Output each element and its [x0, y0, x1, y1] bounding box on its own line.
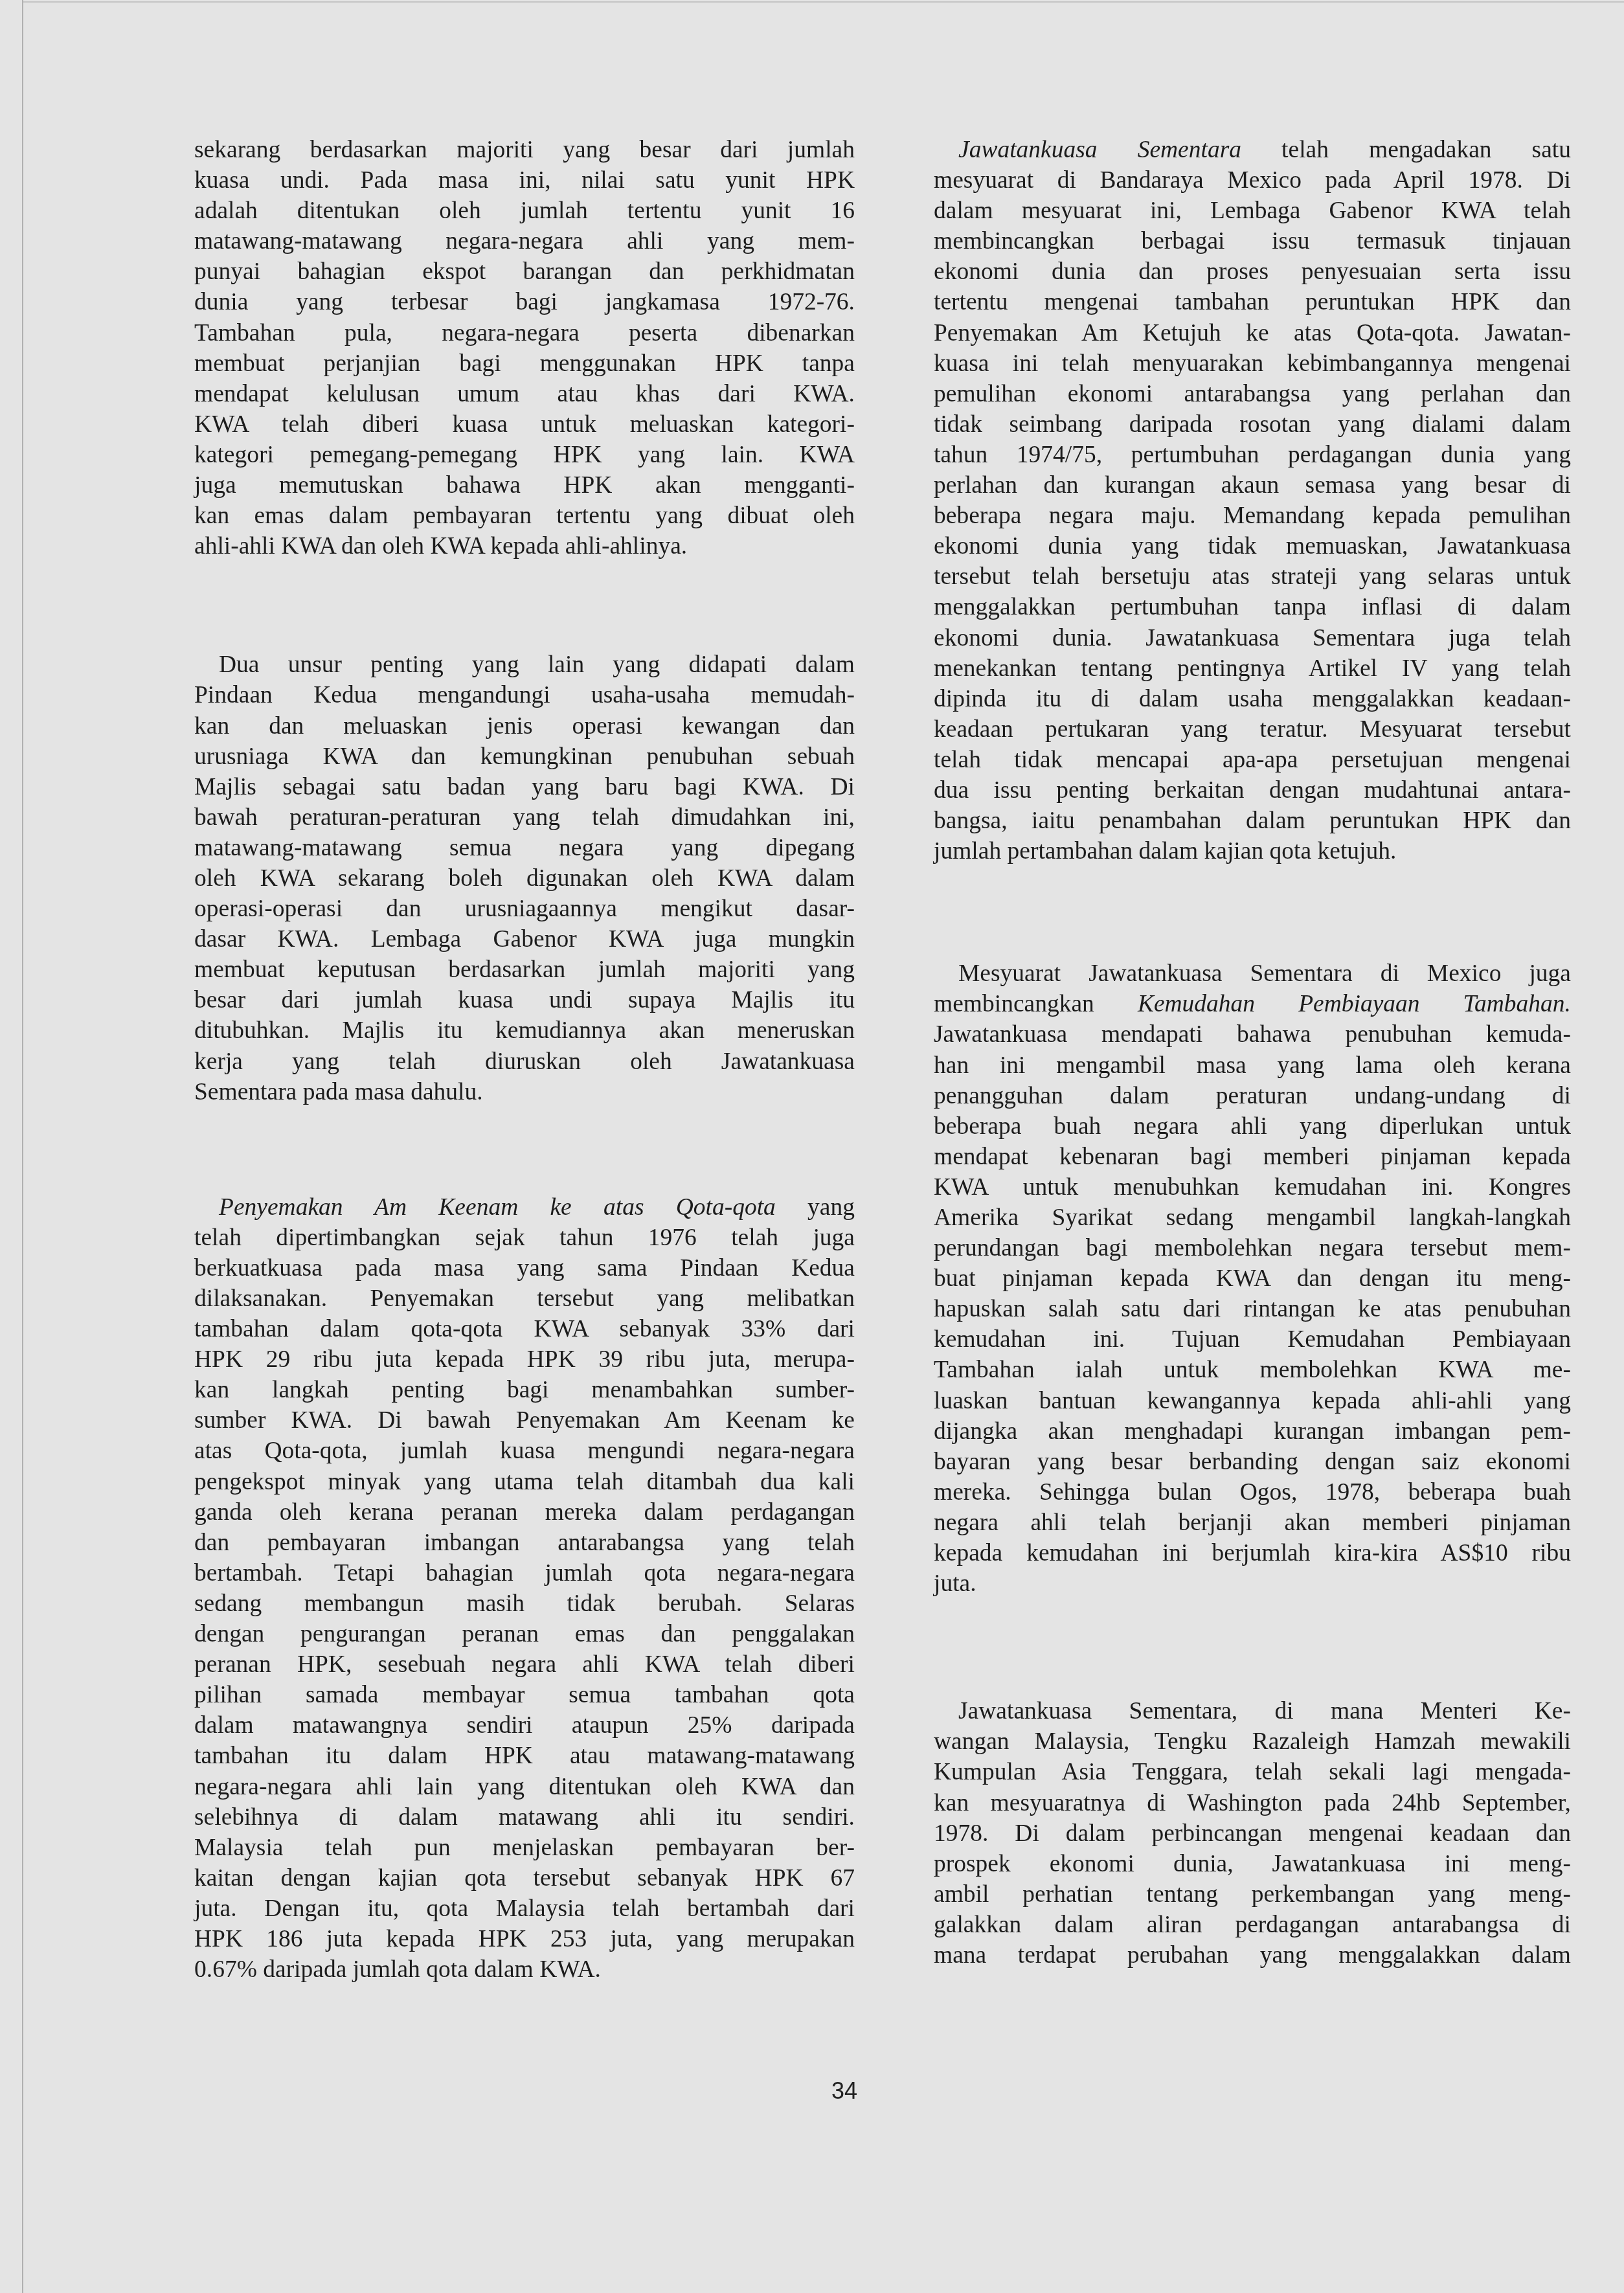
text-line: han ini mengambil masa yang lama oleh ke…	[934, 1050, 1571, 1081]
text-line: mereka. Sehingga bulan Ogos, 1978, beber…	[934, 1477, 1571, 1508]
italic-term-interim-committee: Jawatankuasa Sementara	[958, 137, 1241, 163]
paragraph-sdr-definition: sekarang berdasarkan majoriti yang besar…	[194, 135, 855, 561]
text-line: kemudahan ini. Tujuan Kemudahan Pembiaya…	[934, 1324, 1571, 1355]
text-line: bawah peraturan-peraturan yang telah dim…	[194, 802, 855, 833]
text-line: Jawatankuasa mendapati bahawa penubuhan …	[934, 1019, 1571, 1050]
text-line: Kumpulan Asia Tenggara, telah sekali lag…	[934, 1757, 1571, 1787]
text-line: mana terdapat perubahan yang menggalakka…	[934, 1940, 1571, 1971]
text-line: mendapat kelulusan umum atau khas dari K…	[194, 379, 855, 409]
text-line: menekankan tentang pentingnya Artikel IV…	[934, 653, 1571, 684]
text-line: dilaksanakan. Penyemakan tersebut yang m…	[194, 1283, 855, 1314]
text-line: telah dipertimbangkan sejak tahun 1976 t…	[194, 1223, 855, 1253]
text-line: kuasa undi. Pada masa ini, nilai satu yu…	[194, 165, 855, 196]
text-line: dasar KWA. Lembaga Gabenor KWA juga mung…	[194, 924, 855, 954]
text-line: Sementara pada masa dahulu.	[194, 1077, 855, 1107]
text-line: tersebut telah bersetuju atas strateji y…	[934, 561, 1571, 592]
paragraph-sixth-quota-review: Penyemakan Am Keenam ke atas Qota-qota y…	[194, 1192, 855, 1985]
left-column: sekarang berdasarkan majoriti yang besar…	[194, 135, 855, 1985]
text-line: kerja yang telah diuruskan oleh Jawatank…	[194, 1046, 855, 1077]
paragraph-gap	[934, 1599, 1571, 1696]
text-line: Penyemakan Am Ketujuh ke atas Qota-qota.…	[934, 318, 1571, 348]
text-line: mesyuarat di Bandaraya Mexico pada April…	[934, 165, 1571, 196]
text-line: adalah ditentukan oleh jumlah tertentu y…	[194, 196, 855, 226]
text-line: kepada kemudahan ini berjumlah kira-kira…	[934, 1538, 1571, 1568]
text-line: dalam matawangnya sendiri ataupun 25% da…	[194, 1710, 855, 1741]
text-line: urusniaga KWA dan kemungkinan penubuhan …	[194, 741, 855, 772]
page-number: 34	[812, 2077, 877, 2105]
text-line: operasi-operasi dan urusniagaannya mengi…	[194, 894, 855, 924]
text-line: Amerika Syarikat sedang mengambil langka…	[934, 1203, 1571, 1233]
text-line: Majlis sebagai satu badan yang baru bagi…	[194, 772, 855, 802]
text-line: ahli-ahli KWA dan oleh KWA kepada ahli-a…	[194, 531, 855, 561]
text-line: Malaysia telah pun menjelaskan pembayara…	[194, 1833, 855, 1863]
italic-term-supplementary-financing: Kemudahan Pembiayaan Tambahan.	[1138, 991, 1571, 1017]
text-line: atas Qota-qota, jumlah kuasa mengundi ne…	[194, 1436, 855, 1466]
text-line: perlahan dan kurangan akaun semasa yang …	[934, 470, 1571, 501]
text-line: tambahan itu dalam HPK atau matawang-mat…	[194, 1741, 855, 1771]
text-line: tahun 1974/75, pertumbuhan perdagangan d…	[934, 440, 1571, 470]
text-line: Dua unsur penting yang lain yang didapat…	[194, 649, 855, 680]
page-top-edge-line	[22, 1, 1624, 3]
paragraph-body: mesyuarat di Bandaraya Mexico pada April…	[934, 165, 1571, 866]
text-line: dalam mesyuarat ini, Lembaga Gabenor KWA…	[934, 196, 1571, 226]
paragraph-gap	[194, 561, 855, 649]
text-line: kan dan meluaskan jenis operasi kewangan…	[194, 711, 855, 741]
text-line: tidak seimbang daripada rosotan yang dia…	[934, 409, 1571, 440]
text-line: Pindaan Kedua mengandungi usaha-usaha me…	[194, 680, 855, 710]
text-line: sedang membangun masih tidak berubah. Se…	[194, 1588, 855, 1619]
text-line: bangsa, iaitu penambahan dalam peruntuka…	[934, 806, 1571, 836]
paragraph-second-line: membincangkan Kemudahan Pembiayaan Tamba…	[934, 989, 1571, 1019]
text-line: ganda oleh kerana peranan mereka dalam p…	[194, 1497, 855, 1528]
first-line-text: yang	[807, 1194, 855, 1221]
text-line: kategori pemegang-pemegang HPK yang lain…	[194, 440, 855, 470]
text-line: tertentu mengenai tambahan peruntukan HP…	[934, 287, 1571, 317]
text-line: kuasa ini telah menyuarakan kebimbangann…	[934, 348, 1571, 379]
text-line: Jawatankuasa Sementara, di mana Menteri …	[934, 1696, 1571, 1726]
text-line: peranan HPK, sesebuah negara ahli KWA te…	[194, 1649, 855, 1680]
text-line: luaskan bantuan kewangannya kepada ahli-…	[934, 1386, 1571, 1416]
text-line: penangguhan dalam peraturan undang-undan…	[934, 1081, 1571, 1111]
text-line: menggalakkan pertumbuhan tanpa inflasi d…	[934, 592, 1571, 622]
text-line: selebihnya di dalam matawang ahli itu se…	[194, 1802, 855, 1833]
paragraph-first-line: Penyemakan Am Keenam ke atas Qota-qota y…	[194, 1192, 855, 1223]
text-line: besar dari jumlah kuasa undi supaya Majl…	[194, 985, 855, 1015]
paragraph-washington-meeting: Jawatankuasa Sementara, di mana Menteri …	[934, 1696, 1571, 1971]
text-line: perundangan bagi membolehkan negara ters…	[934, 1233, 1571, 1263]
text-line: pemulihan ekonomi antarabangsa yang perl…	[934, 379, 1571, 409]
text-line: juga memutuskan bahawa HPK akan menggant…	[194, 470, 855, 501]
paragraph-supplementary-financing: Mesyuarat Jawatankuasa Sementara di Mexi…	[934, 958, 1571, 1599]
text-line: membuat keputusan berdasarkan jumlah maj…	[194, 954, 855, 985]
paragraph-gap	[934, 866, 1571, 958]
text-line: KWA untuk menubuhkan kemudahan ini. Kong…	[934, 1172, 1571, 1203]
text-line: telah tidak mencapai apa-apa persetujuan…	[934, 745, 1571, 775]
text-line: sumber KWA. Di bawah Penyemakan Am Keena…	[194, 1405, 855, 1436]
paragraph-body: telah dipertimbangkan sejak tahun 1976 t…	[194, 1223, 855, 1985]
text-line: wangan Malaysia, Tengku Razaleigh Hamzah…	[934, 1726, 1571, 1757]
text-line: dipinda itu di dalam usaha menggalakkan …	[934, 684, 1571, 714]
second-line-text: membincangkan	[934, 991, 1094, 1017]
text-line: galakkan dalam aliran perdagangan antara…	[934, 1910, 1571, 1940]
text-line: Tambahan ialah untuk membolehkan KWA me-	[934, 1355, 1571, 1385]
text-line: kan emas dalam pembayaran tertentu yang …	[194, 501, 855, 531]
paragraph-body: Jawatankuasa mendapati bahawa penubuhan …	[934, 1019, 1571, 1599]
paragraph-first-line: Jawatankuasa Sementara telah mengadakan …	[934, 135, 1571, 165]
text-line: beberapa negara maju. Memandang kepada p…	[934, 501, 1571, 531]
text-line: kan mesyuaratnya di Washington pada 24hb…	[934, 1788, 1571, 1818]
text-line: ekonomi dunia. Jawatankuasa Sementara ju…	[934, 623, 1571, 653]
text-line: dengan pengurangan peranan emas dan peng…	[194, 1619, 855, 1649]
text-line: oleh KWA sekarang boleh digunakan oleh K…	[194, 863, 855, 894]
text-line: dan pembayaran imbangan antarabangsa yan…	[194, 1528, 855, 1558]
text-line: keadaan pertukaran yang teratur. Mesyuar…	[934, 714, 1571, 745]
text-line: bayaran yang besar berbanding dengan sai…	[934, 1447, 1571, 1477]
text-line: 1978. Di dalam perbincangan mengenai kea…	[934, 1818, 1571, 1849]
text-line: beberapa buah negara ahli yang diperluka…	[934, 1111, 1571, 1142]
text-line: ekonomi dunia dan proses penyesuaian ser…	[934, 256, 1571, 287]
page-edge-line	[22, 0, 23, 2293]
first-line-text: telah mengadakan satu	[1281, 137, 1571, 163]
paragraph-gap	[194, 1107, 855, 1192]
text-line: dijangka akan menghadapi kurangan imbang…	[934, 1416, 1571, 1447]
text-line: ekonomi dunia yang tidak memuaskan, Jawa…	[934, 531, 1571, 561]
text-line: ambil perhatian tentang perkembangan yan…	[934, 1879, 1571, 1910]
text-line: mendapat kebenaran bagi memberi pinjaman…	[934, 1142, 1571, 1172]
text-line: berkuatkuasa pada masa yang sama Pindaan…	[194, 1253, 855, 1283]
text-line: juta. Dengan itu, qota Malaysia telah be…	[194, 1893, 855, 1924]
text-line: Tambahan pula, negara-negara peserta dib…	[194, 318, 855, 348]
text-line: sekarang berdasarkan majoriti yang besar…	[194, 135, 855, 165]
text-line: dunia yang terbesar bagi jangkamasa 1972…	[194, 287, 855, 317]
text-line: 0.67% daripada jumlah qota dalam KWA.	[194, 1954, 855, 1985]
text-line: tambahan dalam qota-qota KWA sebanyak 33…	[194, 1314, 855, 1344]
text-line: membuat perjanjian bagi menggunakan HPK …	[194, 348, 855, 379]
text-line: membincangkan berbagai issu termasuk tin…	[934, 226, 1571, 256]
text-line: kaitan dengan kajian qota tersebut seban…	[194, 1863, 855, 1893]
text-line: matawang-matawang negara-negara ahli yan…	[194, 226, 855, 256]
text-line: HPK 186 juta kepada HPK 253 juta, yang m…	[194, 1924, 855, 1954]
text-line: pengekspot minyak yang utama telah ditam…	[194, 1467, 855, 1497]
text-line: punyai bahagian ekspot barangan dan perk…	[194, 256, 855, 287]
text-line: ditubuhkan. Majlis itu kemudiannya akan …	[194, 1015, 855, 1046]
text-line: buat pinjaman kepada KWA dan dengan itu …	[934, 1263, 1571, 1294]
text-line: bertambah. Tetapi bahagian jumlah qota n…	[194, 1558, 855, 1588]
text-line: kan langkah penting bagi menambahkan sum…	[194, 1375, 855, 1405]
italic-term-sixth-review: Penyemakan Am Keenam ke atas Qota-qota	[219, 1194, 776, 1221]
text-line: HPK 29 ribu juta kepada HPK 39 ribu juta…	[194, 1344, 855, 1375]
text-line: hapuskan salah satu dari rintangan ke at…	[934, 1294, 1571, 1324]
text-line: negara-negara ahli lain yang ditentukan …	[194, 1772, 855, 1802]
text-line: KWA telah diberi kuasa untuk meluaskan k…	[194, 409, 855, 440]
text-line: dua issu penting berkaitan dengan mudaht…	[934, 775, 1571, 806]
right-column: Jawatankuasa Sementara telah mengadakan …	[934, 135, 1571, 1971]
text-line: juta.	[934, 1568, 1571, 1599]
paragraph-interim-committee-mexico: Jawatankuasa Sementara telah mengadakan …	[934, 135, 1571, 866]
paragraph-second-amendment: Dua unsur penting yang lain yang didapat…	[194, 649, 855, 1107]
text-line: matawang-matawang semua negara yang dipe…	[194, 833, 855, 863]
text-line: pilihan samada membayar semua tambahan q…	[194, 1680, 855, 1710]
paragraph-first-line: Mesyuarat Jawatankuasa Sementara di Mexi…	[934, 958, 1571, 989]
text-line: negara ahli telah berjanji akan memberi …	[934, 1508, 1571, 1538]
text-line: prospek ekonomi dunia, Jawatankuasa ini …	[934, 1849, 1571, 1879]
text-line: jumlah pertambahan dalam kajian qota ket…	[934, 836, 1571, 866]
